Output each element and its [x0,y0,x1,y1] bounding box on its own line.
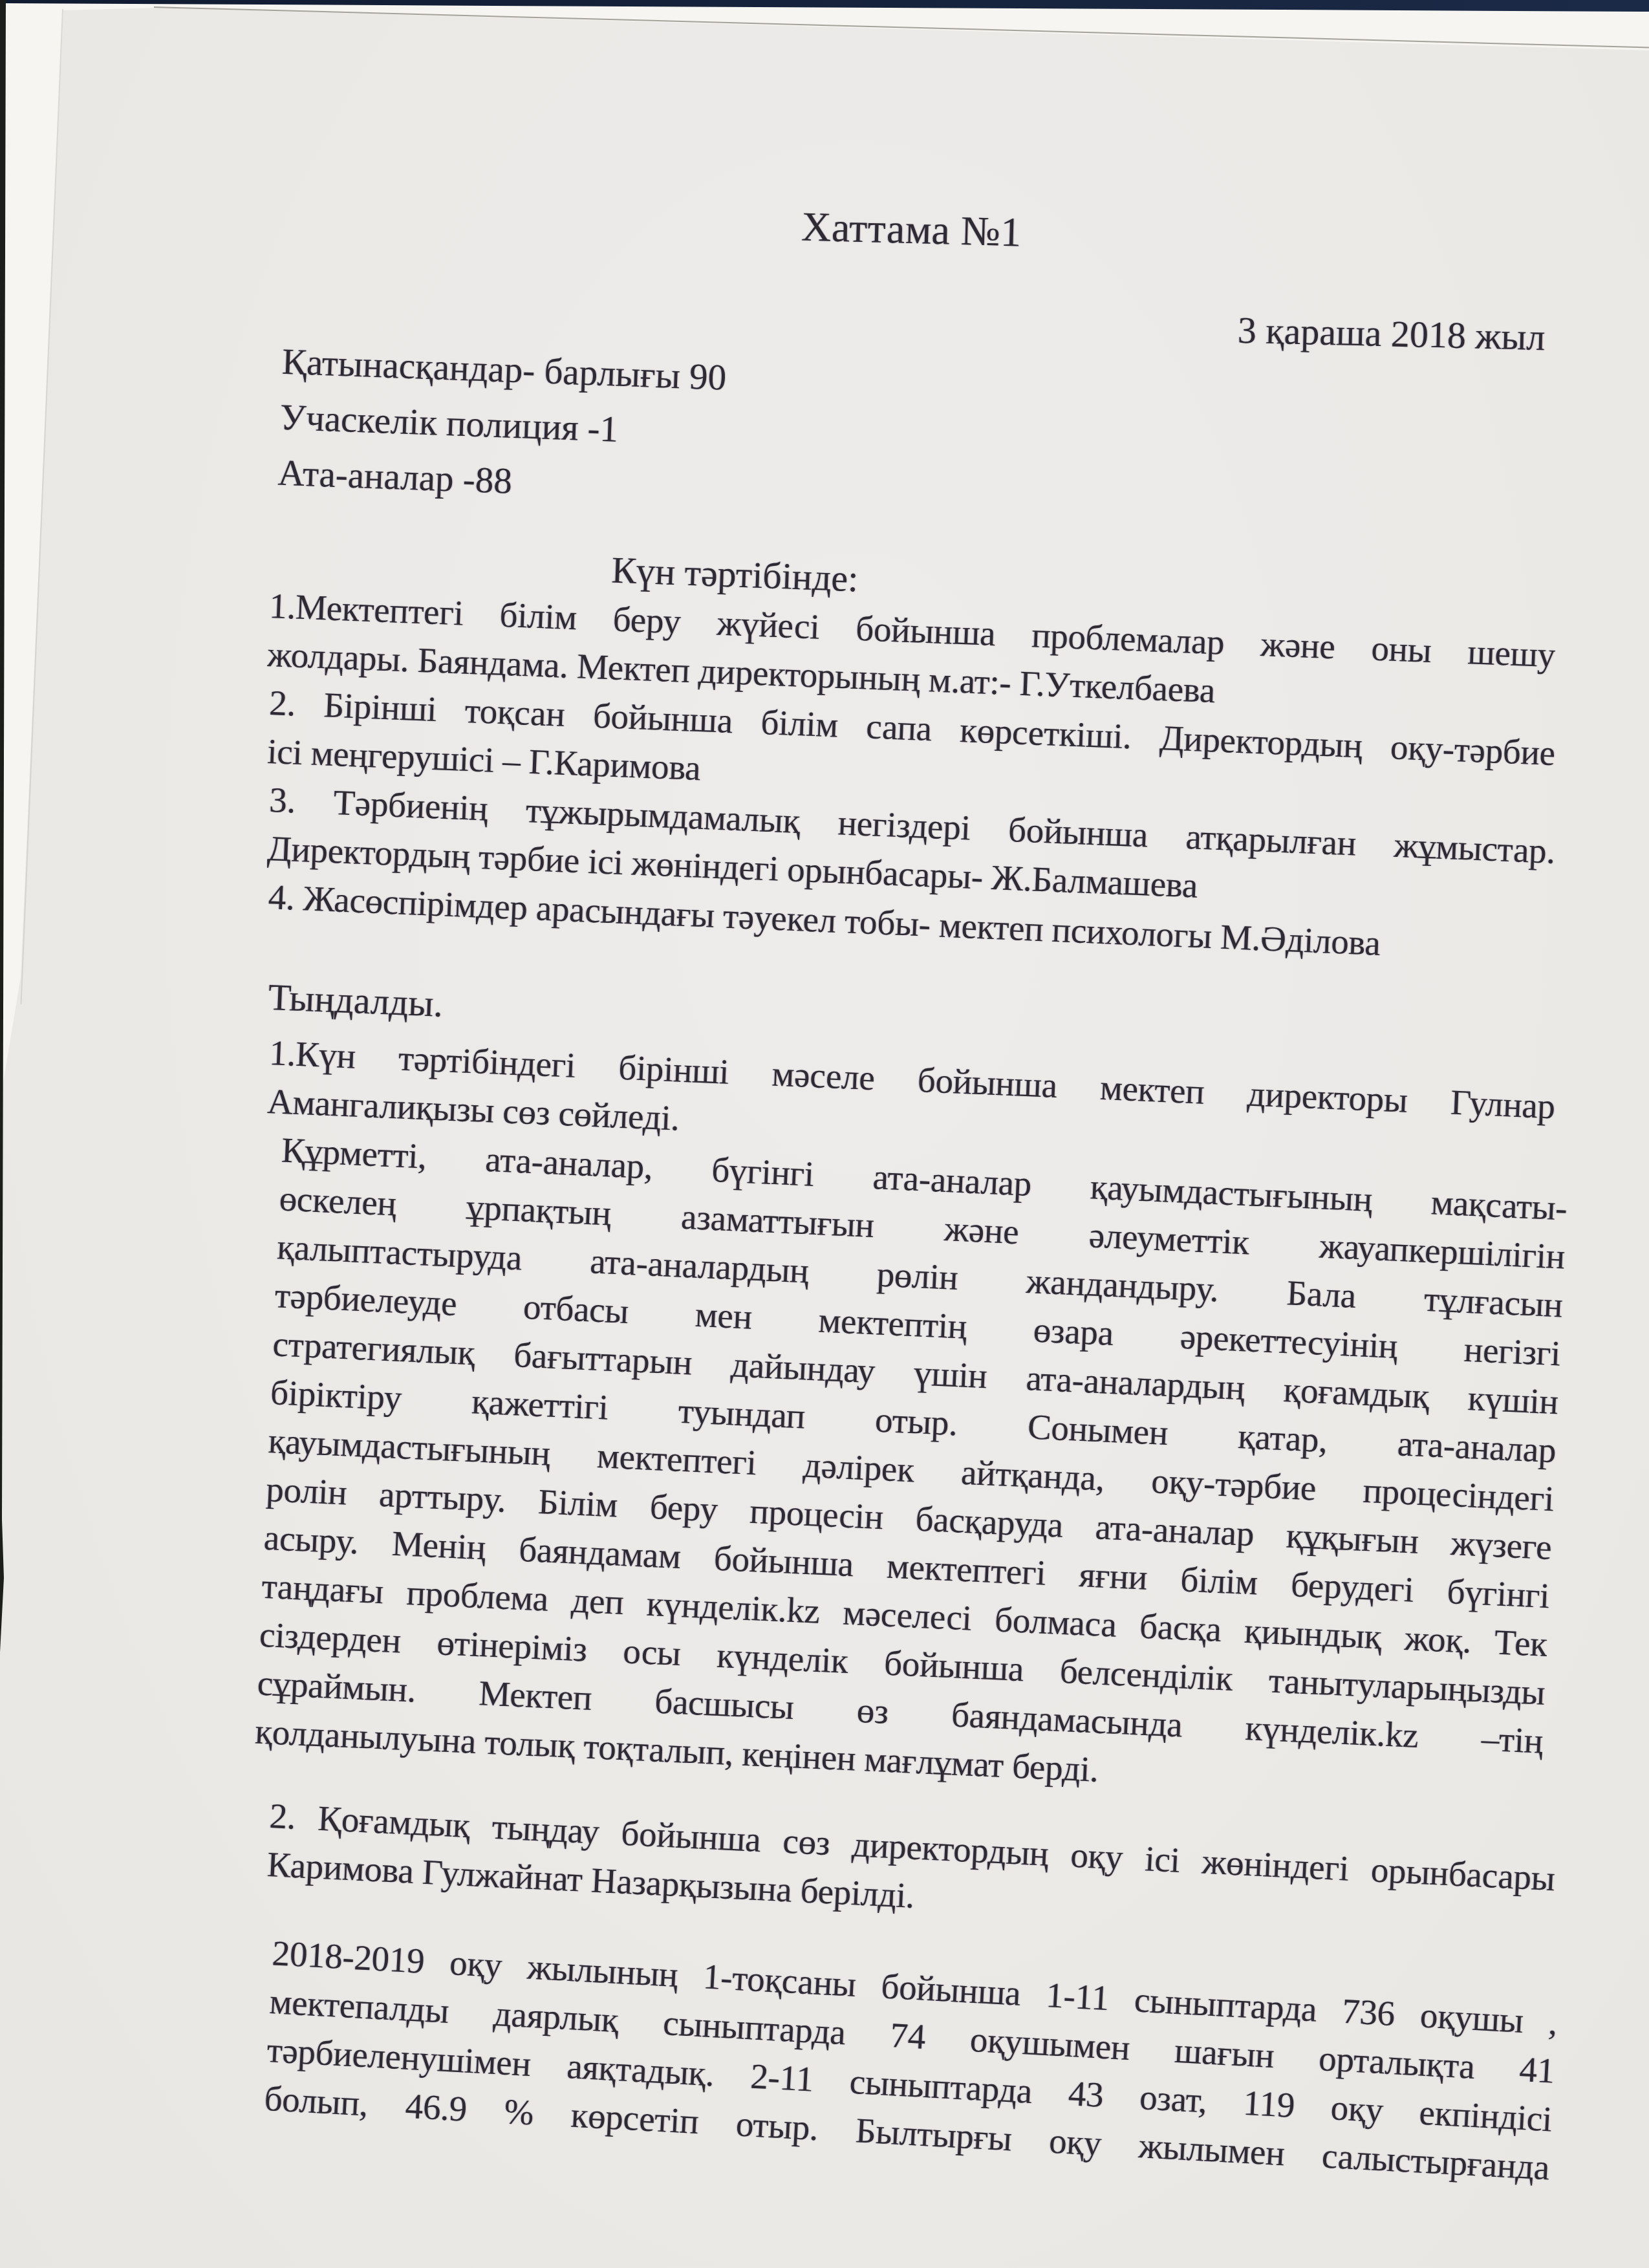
scanned-document: { "scan_artifacts": { "scanner_bed_color… [0,0,1649,2268]
hearing-paragraph: 2018-2019 оқу жылының 1-тоқсаны бойынша … [263,1928,1558,2192]
hearing-paragraph: Құрметті, ата-аналар, бүгінгі ата-аналар… [254,1126,1568,1814]
attendees-block: Қатынасқандар- барлығы 90Учаскелік полиц… [265,334,1557,548]
hearing-paragraph: 2. Қоғамдық тыңдау бойынша сөз директорд… [266,1791,1556,1951]
document-title: Хаттама №1 [268,189,1555,270]
document-content: Хаттама №1 3 қараша 2018 жыл Қатынасқанд… [268,0,1555,2122]
